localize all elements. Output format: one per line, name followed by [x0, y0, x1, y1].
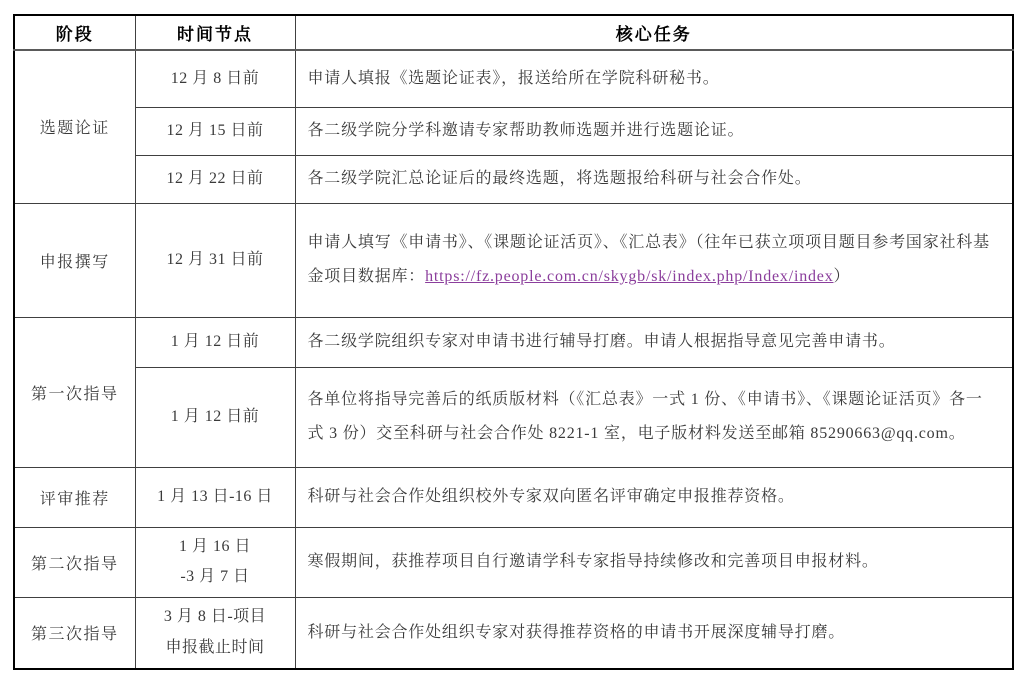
stage-cell-application-writing: 申报撰写 — [14, 203, 135, 317]
table-row: 第二次指导 1 月 16 日 -3 月 7 日 寒假期间，获推荐项目自行邀请学科… — [14, 527, 1013, 597]
table-row: 评审推荐 1 月 13 日-16 日 科研与社会合作处组织校外专家双向匿名评审确… — [14, 467, 1013, 527]
stage-cell-review-recommendation: 评审推荐 — [14, 467, 135, 527]
task-cell: 科研与社会合作处组织校外专家双向匿名评审确定申报推荐资格。 — [295, 467, 1013, 527]
table-row: 第一次指导 1 月 12 日前 各二级学院组织专家对申请书进行辅导打磨。申请人根… — [14, 317, 1013, 367]
time-line-2: -3 月 7 日 — [137, 562, 294, 592]
task-cell: 各二级学院汇总论证后的最终选题，将选题报给科研与社会合作处。 — [295, 155, 1013, 203]
task-cell: 各二级学院组织专家对申请书进行辅导打磨。申请人根据指导意见完善申请书。 — [295, 317, 1013, 367]
schedule-table: 阶段 时间节点 核心任务 选题论证 12 月 8 日前 申请人填报《选题论证表》… — [13, 14, 1014, 670]
task-text-suffix: ） — [834, 268, 851, 285]
task-cell: 各二级学院分学科邀请专家帮助教师选题并进行选题论证。 — [295, 107, 1013, 155]
table-row: 第三次指导 3 月 8 日-项目 申报截止时间 科研与社会合作处组织专家对获得推… — [14, 597, 1013, 669]
table-row: 申报撰写 12 月 31 日前 申请人填写《申请书》、《课题论证活页》、《汇总表… — [14, 203, 1013, 317]
table-row: 选题论证 12 月 8 日前 申请人填报《选题论证表》，报送给所在学院科研秘书。 — [14, 50, 1013, 107]
stage-cell-first-guidance: 第一次指导 — [14, 317, 135, 467]
time-cell: 3 月 8 日-项目 申报截止时间 — [135, 597, 295, 669]
project-database-link[interactable]: https://fz.people.com.cn/skygb/sk/index.… — [425, 268, 833, 285]
time-line-1: 3 月 8 日-项目 — [137, 602, 294, 632]
stage-cell-third-guidance: 第三次指导 — [14, 597, 135, 669]
time-cell: 1 月 13 日-16 日 — [135, 467, 295, 527]
time-cell: 12 月 22 日前 — [135, 155, 295, 203]
table-row: 12 月 15 日前 各二级学院分学科邀请专家帮助教师选题并进行选题论证。 — [14, 107, 1013, 155]
task-cell: 申请人填报《选题论证表》，报送给所在学院科研秘书。 — [295, 50, 1013, 107]
table-row: 1 月 12 日前 各单位将指导完善后的纸质版材料（《汇总表》一式 1 份、《申… — [14, 367, 1013, 467]
time-cell: 1 月 12 日前 — [135, 317, 295, 367]
time-cell: 12 月 15 日前 — [135, 107, 295, 155]
col-header-stage: 阶段 — [14, 15, 135, 50]
time-cell: 1 月 12 日前 — [135, 367, 295, 467]
stage-cell-second-guidance: 第二次指导 — [14, 527, 135, 597]
stage-cell-topic-demonstration: 选题论证 — [14, 50, 135, 203]
task-cell: 各单位将指导完善后的纸质版材料（《汇总表》一式 1 份、《申请书》、《课题论证活… — [295, 367, 1013, 467]
time-line-1: 1 月 16 日 — [137, 532, 294, 562]
table-row: 12 月 22 日前 各二级学院汇总论证后的最终选题，将选题报给科研与社会合作处… — [14, 155, 1013, 203]
task-cell: 科研与社会合作处组织专家对获得推荐资格的申请书开展深度辅导打磨。 — [295, 597, 1013, 669]
time-cell: 1 月 16 日 -3 月 7 日 — [135, 527, 295, 597]
col-header-time: 时间节点 — [135, 15, 295, 50]
time-cell: 12 月 31 日前 — [135, 203, 295, 317]
time-line-2: 申报截止时间 — [137, 633, 294, 663]
col-header-task: 核心任务 — [295, 15, 1013, 50]
header-row: 阶段 时间节点 核心任务 — [14, 15, 1013, 50]
task-cell: 寒假期间，获推荐项目自行邀请学科专家指导持续修改和完善项目申报材料。 — [295, 527, 1013, 597]
task-cell: 申请人填写《申请书》、《课题论证活页》、《汇总表》（往年已获立项项目题目参考国家… — [295, 203, 1013, 317]
time-cell: 12 月 8 日前 — [135, 50, 295, 107]
